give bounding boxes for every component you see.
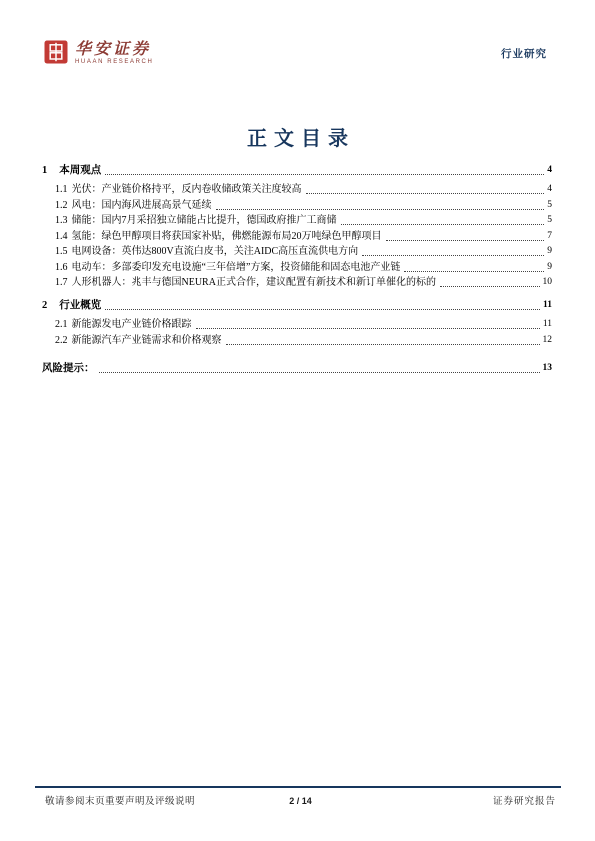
toc-entry-label: 氢能：绿色甲醇项目将获国家补贴，佛燃能源布局20万吨绿色甲醇项目 (72, 229, 382, 244)
footer-report-type: 证券研究报告 (312, 793, 561, 807)
toc-entry[interactable]: 2行业概览11 (42, 297, 552, 313)
toc-entry-label: 人形机器人：兆丰与德国NEURA正式合作，建议配置有新技术和新订单催化的标的 (72, 275, 436, 290)
brand-text: 华安证券 HUAAN RESEARCH (75, 40, 153, 66)
toc-entry-number: 1.7 (55, 275, 68, 290)
toc-entry[interactable]: 1.7人形机器人：兆丰与德国NEURA正式合作，建议配置有新技术和新订单催化的标… (42, 275, 552, 291)
toc-dot-leader (99, 372, 540, 373)
toc-entry[interactable]: 1.1光伏：产业链价格持平，反内卷收储政策关注度较高4 (42, 182, 552, 198)
toc-entry-label: 风险提示： (42, 361, 95, 376)
toc-entry-label: 电动车：多部委印发充电设施“三年倍增”方案，投资储能和固态电池产业链 (72, 260, 401, 275)
toc-dot-leader (105, 309, 540, 310)
toc-dot-leader (196, 328, 540, 329)
toc-entry-label: 电网设备：英伟达800V直流白皮书，关注AIDC高压直流供电方向 (72, 244, 359, 259)
toc-entry[interactable]: 1.2风电：国内海风进展高景气延续5 (42, 197, 552, 213)
toc-entry-number: 1.4 (55, 229, 68, 244)
toc-page-number: 10 (543, 275, 553, 290)
toc-page-number: 5 (547, 198, 552, 213)
toc-entry-label: 光伏：产业链价格持平，反内卷收储政策关注度较高 (72, 182, 302, 197)
toc-entry-label: 新能源汽车产业链需求和价格观察 (72, 333, 222, 348)
brand-logo: 华安证券 HUAAN RESEARCH (44, 40, 153, 66)
toc-entry-label: 风电：国内海风进展高景气延续 (72, 198, 212, 213)
toc-title: 正文目录 (0, 122, 595, 151)
toc-dot-leader (306, 193, 545, 194)
toc-dot-leader (404, 271, 544, 272)
toc-dot-leader (226, 344, 540, 345)
footer-page-indicator: 2 / 14 (289, 796, 312, 806)
toc-dot-leader (440, 286, 540, 287)
toc-entry-number: 1.6 (55, 260, 68, 275)
toc-page-number: 9 (547, 260, 552, 275)
toc-entry-number: 2 (42, 298, 47, 313)
toc-page-number: 9 (547, 244, 552, 259)
toc-entry-label: 本周观点 (59, 163, 101, 178)
toc-entry-label: 行业概览 (59, 298, 101, 313)
toc-entry-number: 1 (42, 163, 47, 178)
report-type-label: 行业研究 (501, 40, 547, 61)
footer-row: 敬请参阅末页重要声明及评级说明 2 / 14 证券研究报告 (35, 788, 561, 807)
footer-disclaimer: 敬请参阅末页重要声明及评级说明 (35, 793, 289, 807)
toc-entry-number: 1.2 (55, 198, 68, 213)
toc-entry[interactable]: 1.4氢能：绿色甲醇项目将获国家补贴，佛燃能源布局20万吨绿色甲醇项目7 (42, 228, 552, 244)
toc-entry-number: 2.2 (55, 333, 68, 348)
page-footer: 敬请参阅末页重要声明及评级说明 2 / 14 证券研究报告 (35, 786, 561, 807)
toc-page-number: 12 (543, 333, 553, 348)
huaan-seal-icon (44, 40, 68, 64)
toc-dot-leader (386, 240, 545, 241)
brand-name-en: HUAAN RESEARCH (75, 58, 153, 66)
toc-entry[interactable]: 1.5电网设备：英伟达800V直流白皮书，关注AIDC高压直流供电方向9 (42, 244, 552, 260)
toc-page-number: 13 (543, 361, 553, 376)
toc-page-number: 7 (547, 229, 552, 244)
toc-entry[interactable]: 1.3储能：国内7月采招独立储能占比提升，德国政府推广工商储5 (42, 213, 552, 229)
toc-entry-number: 1.5 (55, 244, 68, 259)
brand-name-cn: 华安证券 (75, 41, 153, 58)
toc-entry[interactable]: 2.1新能源发电产业链价格跟踪11 (42, 317, 552, 333)
toc-entry-number: 1.1 (55, 182, 68, 197)
toc-dot-leader (216, 209, 545, 210)
page-header: 华安证券 HUAAN RESEARCH 行业研究 (44, 40, 547, 66)
toc-dot-leader (362, 255, 544, 256)
toc-list: 1本周观点41.1光伏：产业链价格持平，反内卷收储政策关注度较高41.2风电：国… (42, 162, 552, 380)
toc-entry-number: 1.3 (55, 213, 68, 228)
toc-page-number: 4 (547, 163, 552, 178)
toc-entry[interactable]: 2.2新能源汽车产业链需求和价格观察12 (42, 332, 552, 348)
toc-entry-label: 新能源发电产业链价格跟踪 (72, 317, 192, 332)
toc-dot-leader (105, 174, 544, 175)
toc-entry[interactable]: 1.6电动车：多部委印发充电设施“三年倍增”方案，投资储能和固态电池产业链9 (42, 259, 552, 275)
toc-page-number: 5 (547, 213, 552, 228)
toc-dot-leader (341, 224, 545, 225)
toc-entry-label: 储能：国内7月采招独立储能占比提升，德国政府推广工商储 (72, 213, 337, 228)
toc-page-number: 11 (543, 317, 552, 332)
report-page: 华安证券 HUAAN RESEARCH 行业研究 正文目录 1本周观点41.1光… (0, 0, 595, 841)
toc-page-number: 4 (547, 182, 552, 197)
toc-page-number: 11 (543, 298, 552, 313)
toc-entry[interactable]: 风险提示：13 (42, 361, 552, 377)
toc-entry[interactable]: 1本周观点4 (42, 162, 552, 178)
toc-entry-number: 2.1 (55, 317, 68, 332)
